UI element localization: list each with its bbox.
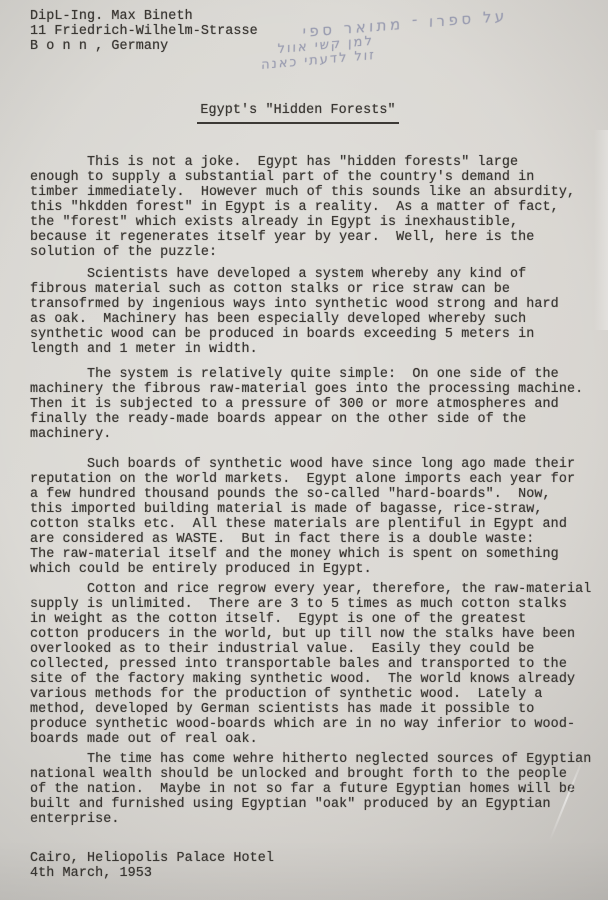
paragraph-4: Such boards of synthetic wood have since… [30,457,590,577]
paragraph-2: Scientists have developed a system where… [30,267,590,357]
title-row: Egypt's "Hidden Forests" [0,100,596,124]
document-title: Egypt's "Hidden Forests" [197,103,398,124]
paragraph-5: Cotton and rice regrow every year, there… [30,582,590,747]
scanned-letter-page: DipL-Ing. Max Bineth 11 Friedrich-Wilhel… [0,0,608,900]
bottom-shading [0,840,608,900]
paragraph-1: This is not a joke. Egypt has "hidden fo… [30,155,590,260]
paragraph-3: The system is relatively quite simple: O… [30,367,590,442]
paragraph-6: The time has come wehre hitherto neglect… [30,752,590,827]
sender-address: DipL-Ing. Max Bineth 11 Friedrich-Wilhel… [30,9,258,54]
handwritten-hebrew-annotation-line1: על ספרו ־ מתואר ספי [246,7,508,46]
scan-edge-highlight [594,130,608,330]
